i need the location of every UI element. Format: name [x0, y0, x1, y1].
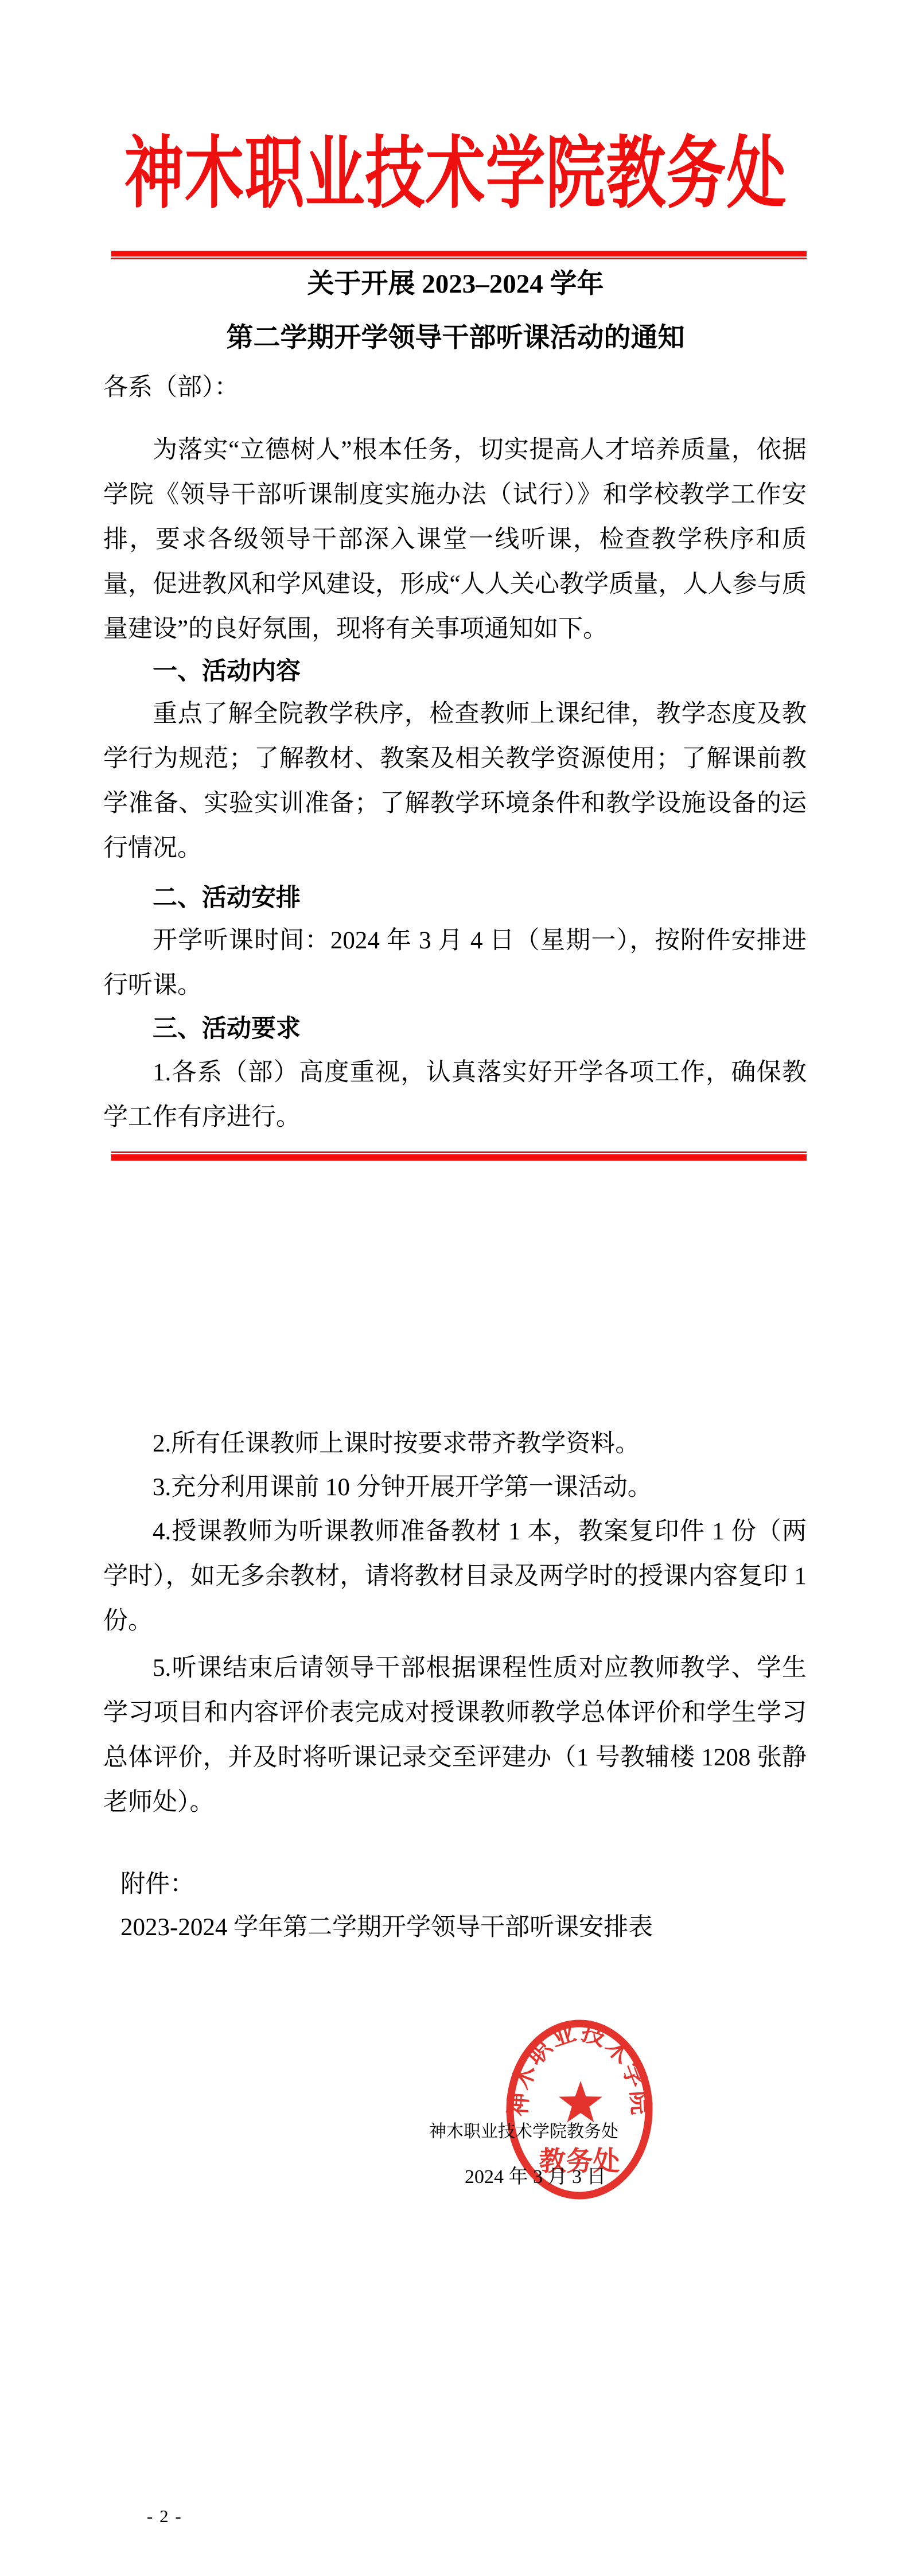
page-number: - 2 -	[147, 2506, 182, 2527]
attachment-label: 附件：	[103, 1862, 807, 1907]
section-3-heading: 三、活动要求	[103, 1006, 807, 1051]
page-break-divider	[111, 1151, 807, 1161]
requirement-item-3: 3.充分利用课前 10 分钟开展开学第一课活动。	[103, 1465, 807, 1510]
intro-paragraph: 为落实“立德树人”根本任务，切实提高人才培养质量，依据学院《领导干部听课制度实施…	[103, 428, 807, 652]
divider-thick-line	[111, 1154, 807, 1161]
section-2-heading: 二、活动安排	[103, 875, 807, 920]
signature-date: 2024 年 3 月 3 日	[465, 2165, 606, 2189]
section-2-body: 开学听课时间：2024 年 3 月 4 日（星期一），按附件安排进行听课。	[103, 919, 807, 1008]
requirement-item-2: 2.所有任课教师上课时按要求带齐教学资料。	[103, 1422, 807, 1466]
requirement-item-1: 1.各系（部）高度重视，认真落实好开学各项工作，确保教学工作有序进行。	[103, 1050, 807, 1140]
letterhead-org-title: 神木职业技术学院教务处	[0, 133, 911, 216]
divider-thick-line	[111, 251, 807, 256]
signature-org: 神木职业技术学院教务处	[429, 2120, 618, 2143]
addressee: 各系（部）：	[103, 374, 239, 402]
document-title: 关于开展 2023–2024 学年 第二学期开学领导干部听课活动的通知	[0, 257, 911, 365]
requirement-item-5: 5.听课结束后请领导干部根据课程性质对应教师教学、学生学习项目和内容评价表完成对…	[103, 1646, 807, 1825]
divider-thin-line	[111, 1151, 807, 1153]
stamp-star-icon	[559, 2081, 602, 2122]
document-title-line1: 关于开展 2023–2024 学年	[0, 257, 911, 311]
section-1-body: 重点了解全院教学秩序，检查教师上课纪律，教学态度及教学行为规范；了解教材、教案及…	[103, 692, 807, 871]
attachment-title: 2023-2024 学年第二学期开学领导干部听课安排表	[103, 1905, 807, 1950]
document-title-line2: 第二学期开学领导干部听课活动的通知	[0, 311, 911, 365]
official-document-page: 神木职业技术学院教务处 关于开展 2023–2024 学年 第二学期开学领导干部…	[0, 0, 911, 2576]
requirement-item-4: 4.授课教师为听课教师准备教材 1 本，教案复印件 1 份（两学时），如无多余教…	[103, 1509, 807, 1644]
section-1-heading: 一、活动内容	[103, 649, 807, 694]
